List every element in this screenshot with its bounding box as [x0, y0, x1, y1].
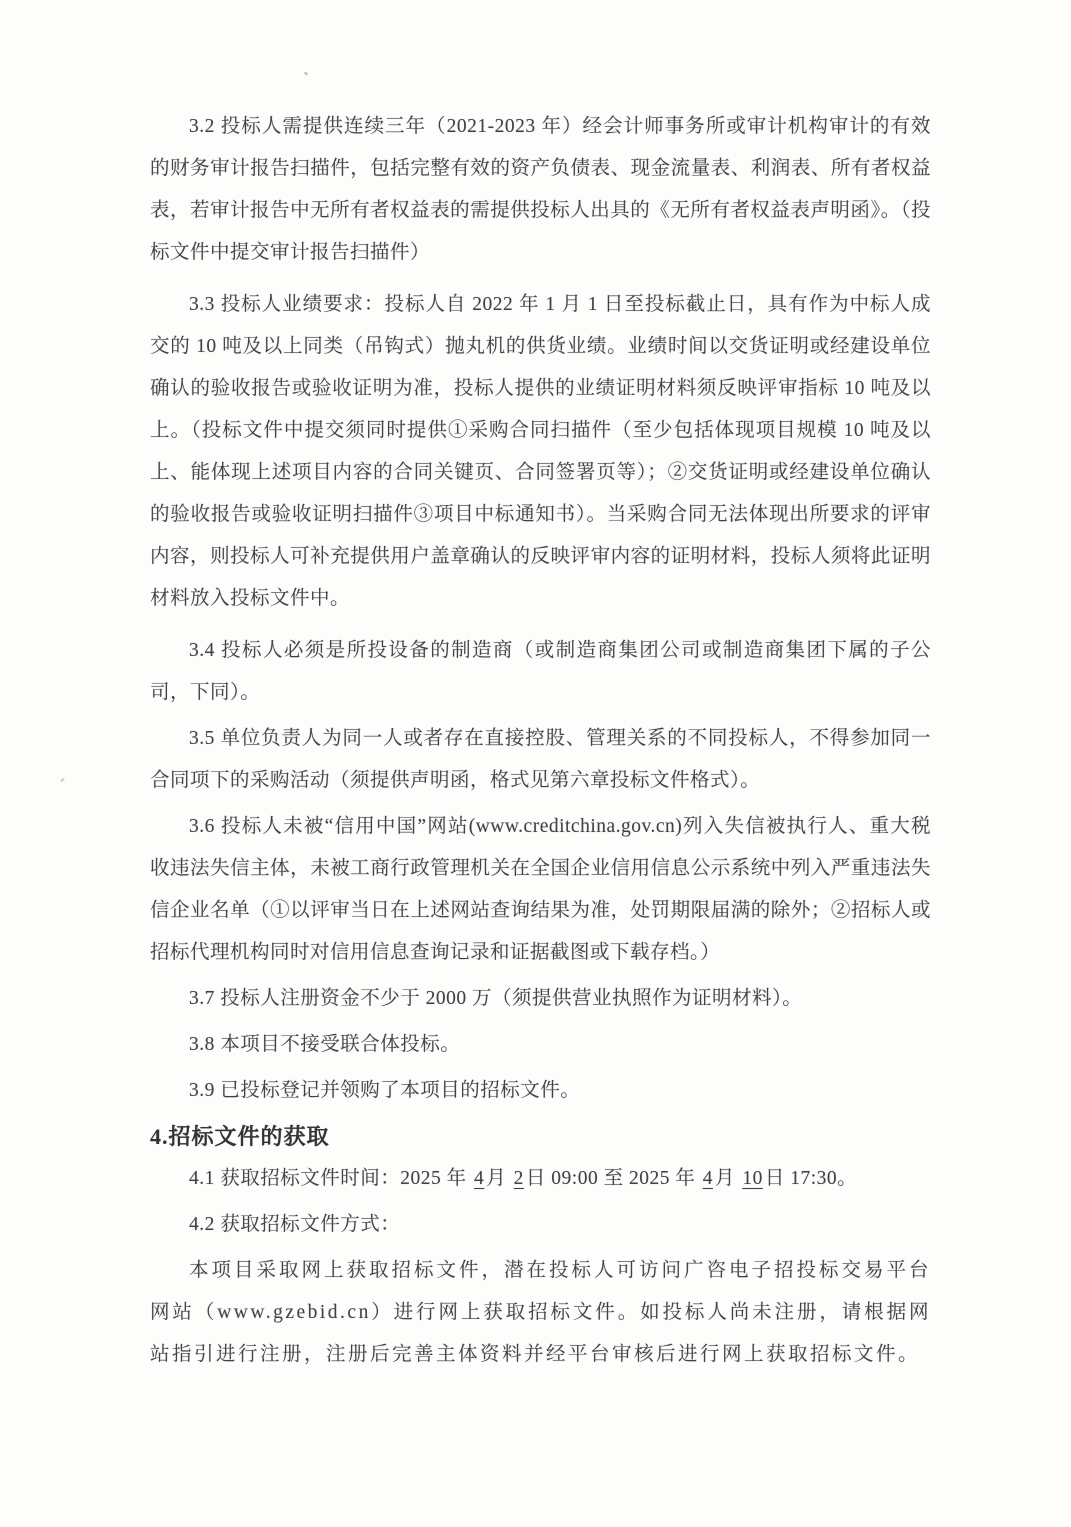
scan-speck [304, 71, 309, 76]
document-content: 3.2 投标人需提供连续三年（2021-2023 年）经会计师事务所或审计机构审… [150, 106, 931, 1380]
section-4-heading: 4.招标文件的获取 [150, 1116, 931, 1158]
clause-3-4: 3.4 投标人必须是所投设备的制造商（或制造商集团公司或制造商集团下属的子公司，… [150, 630, 931, 714]
clause-4-1-prefix: 4.1 获取招标文件时间：2025 年 [189, 1168, 467, 1189]
scan-speck [60, 778, 65, 783]
clause-4-1: 4.1 获取招标文件时间：2025 年 4月 2日 09:00 至 2025 年… [150, 1158, 931, 1200]
clause-3-7: 3.7 投标人注册资金不少于 2000 万（须提供营业执照作为证明材料）。 [150, 978, 931, 1020]
clause-3-3: 3.3 投标人业绩要求：投标人自 2022 年 1 月 1 日至投标截止日，具有… [150, 284, 931, 620]
clause-4-1-suffix: 日 17:30。 [765, 1168, 857, 1189]
underlined-day-1: 2 [512, 1168, 526, 1189]
clause-4-2-body: 本项目采取网上获取招标文件，潜在投标人可访问广咨电子招投标交易平台网站（www.… [150, 1250, 931, 1376]
clause-3-9: 3.9 已投标登记并领购了本项目的招标文件。 [150, 1070, 931, 1112]
clause-4-1-sep2: 月 [715, 1168, 735, 1189]
clause-3-8: 3.8 本项目不接受联合体投标。 [150, 1024, 931, 1066]
underlined-month-2: 4 [701, 1168, 715, 1189]
clause-3-6: 3.6 投标人未被“信用中国”网站(www.creditchina.gov.cn… [150, 806, 931, 974]
underlined-day-2: 10 [740, 1168, 765, 1189]
underlined-month-1: 4 [472, 1168, 486, 1189]
document-page: 3.2 投标人需提供连续三年（2021-2023 年）经会计师事务所或审计机构审… [0, 0, 1071, 1527]
clause-4-2: 4.2 获取招标文件方式： [150, 1204, 931, 1246]
clause-4-1-sep1: 月 [486, 1168, 506, 1189]
clause-4-1-mid: 日 09:00 至 2025 年 [526, 1168, 695, 1189]
clause-3-2: 3.2 投标人需提供连续三年（2021-2023 年）经会计师事务所或审计机构审… [150, 106, 931, 274]
clause-3-5: 3.5 单位负责人为同一人或者存在直接控股、管理关系的不同投标人，不得参加同一合… [150, 718, 931, 802]
